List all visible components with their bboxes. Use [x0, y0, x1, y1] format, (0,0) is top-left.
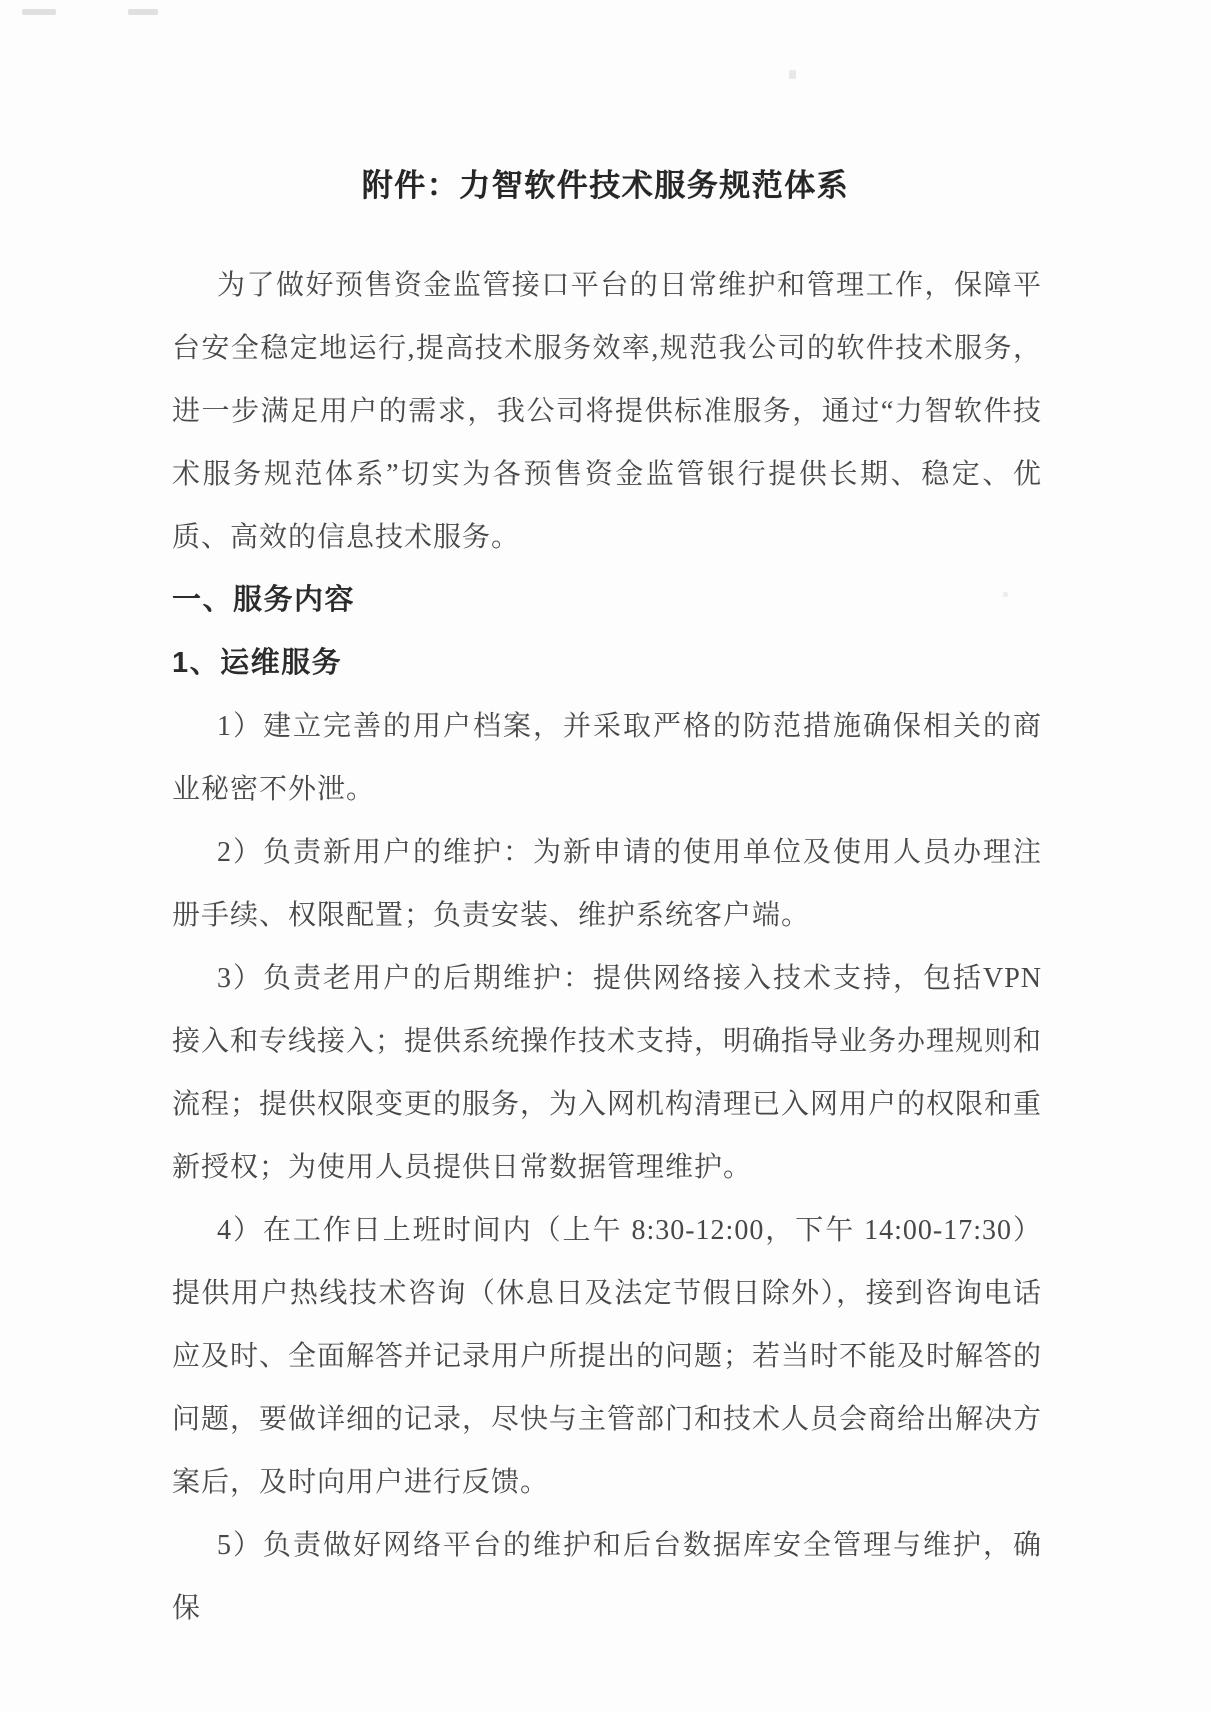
scan-artifact: [1003, 592, 1008, 597]
section-heading-service-content: 一、服务内容: [172, 569, 1042, 632]
service-item-1: 1）建立完善的用户档案，并采取严格的防范措施确保相关的商业秘密不外泄。: [172, 695, 1042, 821]
scan-artifact: [128, 9, 158, 15]
service-item-4: 4）在工作日上班时间内（上午 8:30-12:00，下午 14:00-17:30…: [172, 1199, 1042, 1514]
service-item-2: 2）负责新用户的维护：为新申请的使用单位及使用人员办理注册手续、权限配置；负责安…: [172, 821, 1042, 947]
scan-artifact: [22, 9, 56, 15]
scan-artifact: [789, 70, 796, 79]
subsection-heading-ops-service: 1、运维服务: [172, 632, 1042, 695]
scanned-document-page: 附件：力智软件技术服务规范体系 为了做好预售资金监管接口平台的日常维护和管理工作…: [0, 0, 1211, 1712]
service-item-5: 5）负责做好网络平台的维护和后台数据库安全管理与维护，确保: [172, 1514, 1042, 1640]
service-item-3: 3）负责老用户的后期维护：提供网络接入技术支持，包括VPN接入和专线接入；提供系…: [172, 947, 1042, 1199]
document-title: 附件：力智软件技术服务规范体系: [0, 162, 1211, 210]
intro-paragraph: 为了做好预售资金监管接口平台的日常维护和管理工作，保障平台安全稳定地运行,提高技…: [172, 254, 1042, 569]
document-body: 为了做好预售资金监管接口平台的日常维护和管理工作，保障平台安全稳定地运行,提高技…: [172, 254, 1042, 1640]
